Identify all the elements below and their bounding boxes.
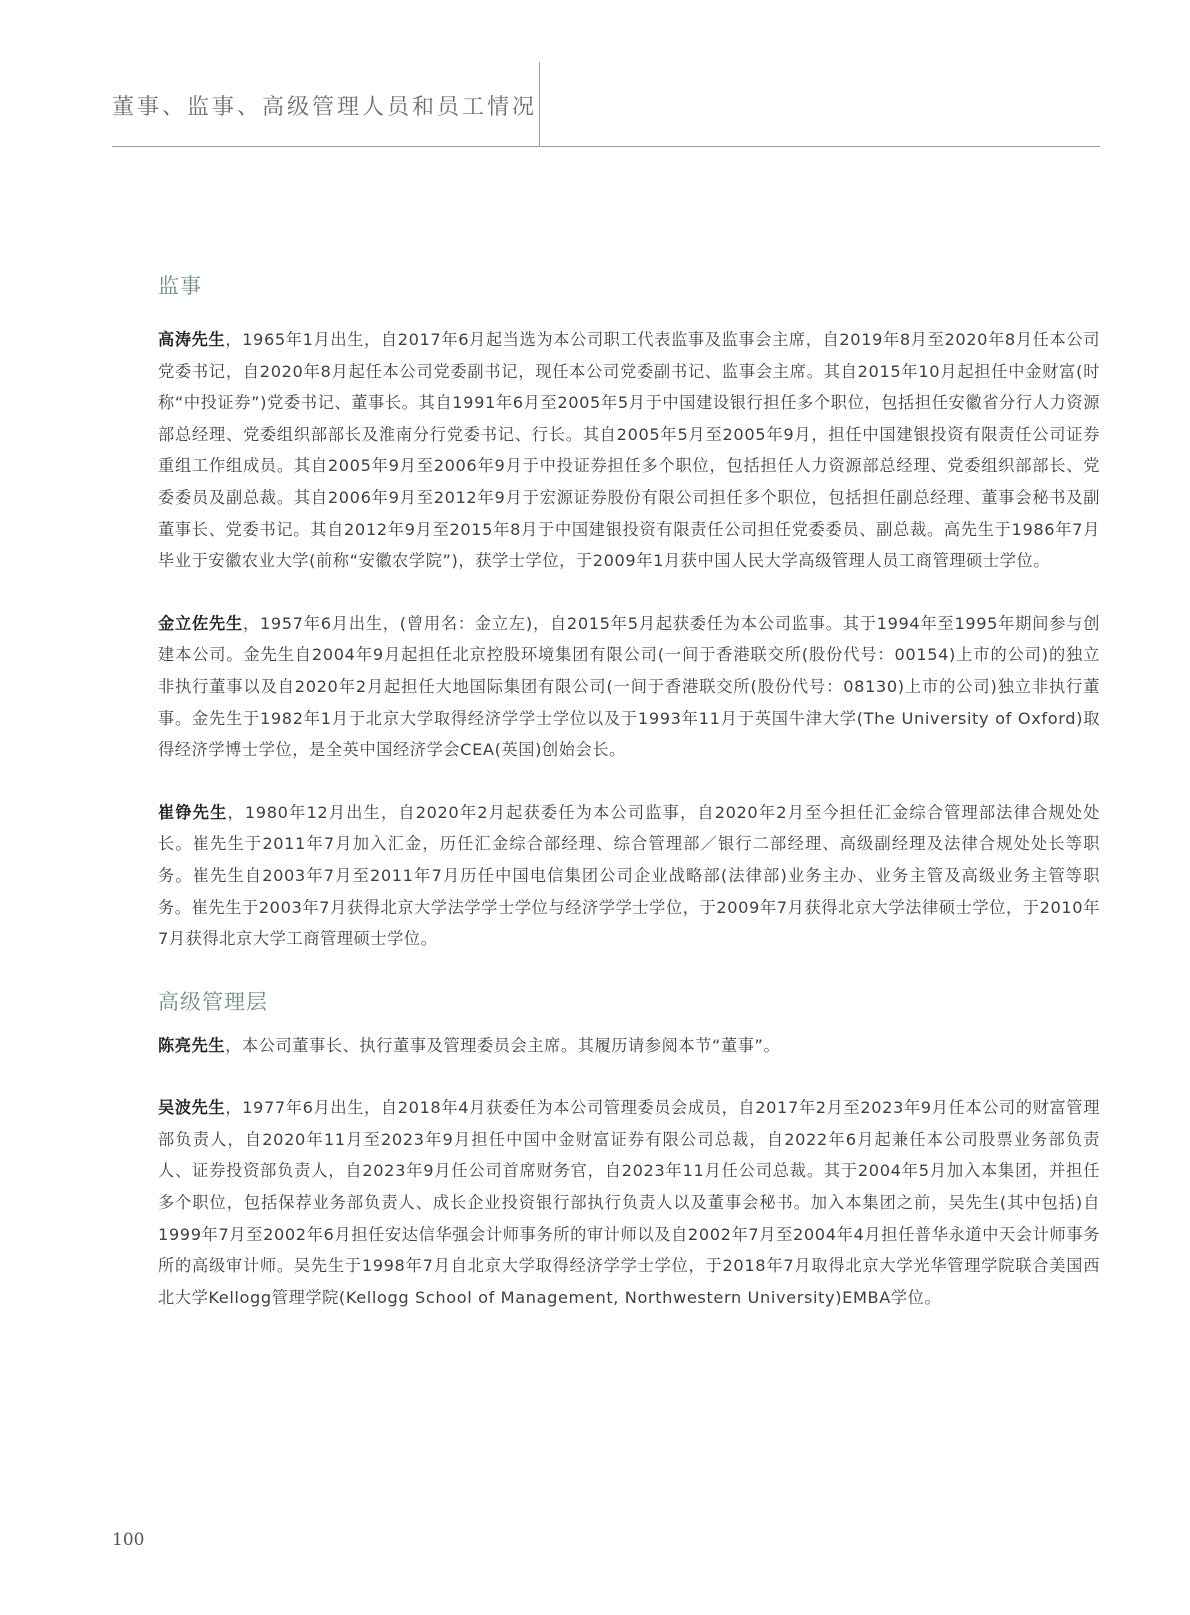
page-content: 监事 高涛先生，1965年1月出生，自2017年6月起当选为本公司职工代表监事及… bbox=[158, 270, 1100, 1344]
bio-text: ，本公司董事长、执行董事及管理委员会主席。其履历请参阅本节“董事”。 bbox=[225, 1036, 780, 1055]
bio-paragraph: 陈亮先生，本公司董事长、执行董事及管理委员会主席。其履历请参阅本节“董事”。 bbox=[158, 1030, 1100, 1062]
section-heading: 监事 bbox=[158, 270, 1100, 300]
header-horizontal-divider bbox=[112, 146, 1100, 147]
page-number: 100 bbox=[112, 1530, 144, 1550]
bio-paragraph: 崔铮先生，1980年12月出生，自2020年2月起获委任为本公司监事，自2020… bbox=[158, 797, 1100, 955]
section-senior-management: 高级管理层 陈亮先生，本公司董事长、执行董事及管理委员会主席。其履历请参阅本节“… bbox=[158, 986, 1100, 1314]
person-name: 陈亮先生 bbox=[158, 1036, 225, 1055]
section-heading: 高级管理层 bbox=[158, 986, 1100, 1016]
bio-text: ，1977年6月出生，自2018年4月获委任为本公司管理委员会成员，自2017年… bbox=[158, 1098, 1100, 1307]
person-name: 高涛先生 bbox=[158, 330, 225, 349]
bio-paragraph: 吴波先生，1977年6月出生，自2018年4月获委任为本公司管理委员会成员，自2… bbox=[158, 1092, 1100, 1313]
person-name: 崔铮先生 bbox=[158, 803, 228, 822]
person-name: 金立佐先生 bbox=[158, 614, 243, 633]
header-vertical-divider bbox=[539, 62, 540, 146]
section-supervisors: 监事 高涛先生，1965年1月出生，自2017年6月起当选为本公司职工代表监事及… bbox=[158, 270, 1100, 955]
chapter-title: 董事、监事、高级管理人员和员工情况 bbox=[112, 90, 537, 121]
bio-text: ，1957年6月出生，(曾用名：金立左)，自2015年5月起获委任为本公司监事。… bbox=[158, 614, 1100, 759]
bio-paragraph: 金立佐先生，1957年6月出生，(曾用名：金立左)，自2015年5月起获委任为本… bbox=[158, 608, 1100, 766]
bio-paragraph: 高涛先生，1965年1月出生，自2017年6月起当选为本公司职工代表监事及监事会… bbox=[158, 324, 1100, 577]
person-name: 吴波先生 bbox=[158, 1098, 225, 1117]
bio-text: ，1980年12月出生，自2020年2月起获委任为本公司监事，自2020年2月至… bbox=[158, 803, 1100, 948]
bio-text: ，1965年1月出生，自2017年6月起当选为本公司职工代表监事及监事会主席，自… bbox=[158, 330, 1100, 570]
